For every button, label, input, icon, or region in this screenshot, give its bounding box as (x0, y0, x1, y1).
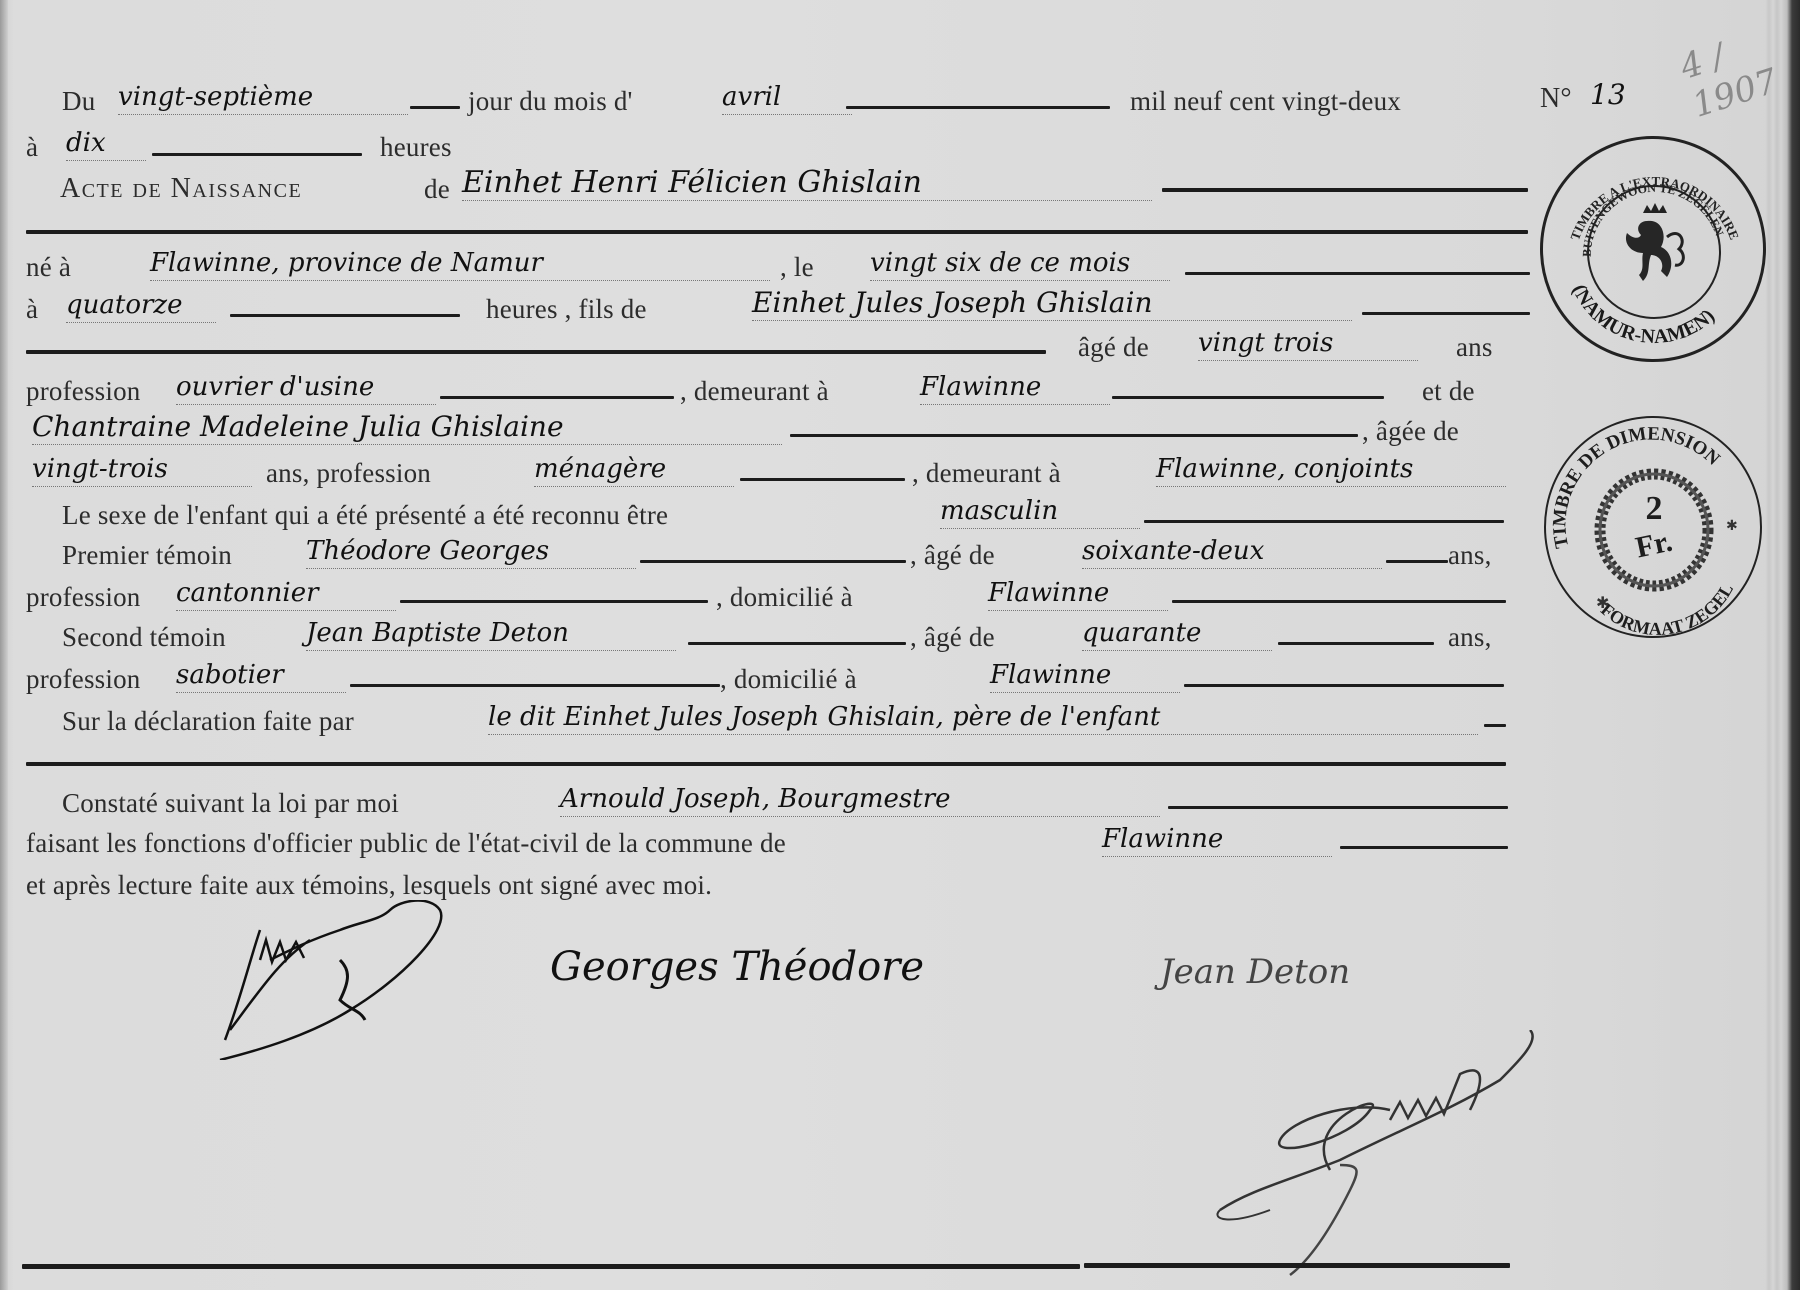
label-premier-temoin: Premier témoin (62, 538, 232, 572)
filler-rule (1172, 600, 1506, 603)
filler-rule (688, 642, 906, 645)
label-ne-a: né à (26, 250, 71, 284)
field-officer: Arnould Joseph, Bourgmestre (560, 782, 1160, 817)
field-mother-age: vingt-trois (32, 452, 252, 487)
label-second-temoin: Second témoin (62, 620, 226, 654)
filler-rule (1168, 806, 1508, 809)
label-demeurant-a: , demeurant à (912, 456, 1061, 490)
seal-text-ring: TIMBRE A L'EXTRAORDINAIRE BUITENGEWOON T… (1543, 139, 1763, 359)
label-profession: profession (26, 662, 140, 696)
seal-dimension-stamp: TIMBRE DE DIMENSION FORMAAT ZEGEL ✱ ✱ 2 … (1544, 416, 1762, 638)
filler-rule (1484, 724, 1506, 727)
field-mother-profession: ménagère (534, 452, 734, 487)
field-declarant: le dit Einhet Jules Joseph Ghislain, pèr… (488, 700, 1478, 735)
field-witness2-age: quarante (1082, 616, 1272, 651)
register-binding (1765, 0, 1800, 1290)
label-profession: profession (26, 580, 140, 614)
field-witness1-residence: Flawinne (988, 576, 1168, 611)
field-sex: masculin (940, 494, 1140, 529)
filler-rule (740, 478, 905, 481)
label-domicilie-a: , domicilié à (716, 580, 853, 614)
filler-rule (230, 314, 460, 317)
label-jour-du-mois: jour du mois d' (468, 84, 633, 118)
filler-rule (640, 560, 906, 563)
field-mother-name: Chantraine Madeleine Julia Ghislaine (32, 410, 782, 445)
label-a: à (26, 292, 38, 326)
field-witness1-name: Théodore Georges (306, 534, 636, 569)
filler-rule (1184, 684, 1504, 687)
field-birth-date: vingt six de ce mois (870, 246, 1170, 281)
field-act-number: 13 (1590, 78, 1626, 112)
filler-rule (400, 600, 708, 603)
page-left-edge (0, 0, 8, 1290)
label-apres-lecture: et après lecture faite aux témoins, lesq… (26, 868, 712, 902)
label-act-number: N° (1540, 82, 1572, 116)
label-du: Du (62, 84, 95, 118)
title-acte-de-naissance: Acte de Naissance (60, 172, 302, 206)
label-le: , le (780, 250, 814, 284)
label-de: de (424, 172, 450, 206)
field-father-residence: Flawinne (920, 370, 1110, 405)
label-domicilie-a: , domicilié à (720, 662, 857, 696)
signature-witness1: Georges Théodore (550, 950, 924, 984)
filler-rule (410, 106, 460, 109)
field-hour: dix (66, 126, 146, 161)
bottom-rule-right (1084, 1263, 1510, 1268)
civil-record-page: Du vingt-septième jour du mois d' avril … (0, 0, 1800, 1290)
field-witness1-age: soixante-deux (1082, 534, 1382, 569)
blank-line-rule (26, 762, 1506, 766)
field-birth-hour: quatorze (66, 288, 216, 323)
label-age-de: , âgé de (910, 620, 995, 654)
label-heures: heures (380, 130, 452, 164)
field-commune: Flawinne (1102, 822, 1332, 857)
filler-rule (1185, 272, 1530, 275)
label-ans: ans, (1448, 620, 1492, 654)
label-et-de: et de (1422, 374, 1475, 408)
signature-officer (1190, 1030, 1570, 1290)
filler-rule (790, 434, 1358, 437)
svg-text:(NAMUR-NAMEN): (NAMUR-NAMEN) (1568, 281, 1719, 348)
label-declaration: Sur la déclaration faite par (62, 704, 354, 738)
svg-text:✱: ✱ (1726, 519, 1738, 534)
filler-rule (152, 153, 362, 156)
lion-icon (1626, 203, 1683, 281)
label-agee-de: , âgée de (1362, 414, 1459, 448)
field-witness2-profession: sabotier (176, 658, 346, 693)
signature-father (200, 900, 520, 1060)
field-witness2-name: Jean Baptiste Deton (306, 616, 676, 651)
seal-extraordinary-stamp: TIMBRE A L'EXTRAORDINAIRE BUITENGEWOON T… (1540, 136, 1766, 362)
label-profession: profession (26, 374, 140, 408)
field-witness2-residence: Flawinne (990, 658, 1180, 693)
field-father-name: Einhet Jules Joseph Ghislain (752, 286, 1352, 321)
filler-rule (1278, 642, 1434, 645)
filler-rule (1112, 396, 1384, 399)
label-ans: ans, (1448, 538, 1492, 572)
field-month: avril (722, 80, 852, 115)
label-constate: Constaté suivant la loi par moi (62, 786, 399, 820)
filler-rule (440, 396, 674, 399)
label-heures-fils-de: heures , fils de (486, 292, 647, 326)
field-birthplace: Flawinne, province de Namur (150, 246, 770, 281)
blank-line-rule (26, 230, 1528, 234)
field-witness1-profession: cantonnier (176, 576, 396, 611)
filler-rule (1162, 188, 1528, 192)
field-father-age: vingt trois (1198, 326, 1418, 361)
filler-rule (846, 106, 1110, 109)
filler-rule (1144, 520, 1504, 523)
filler-rule (26, 350, 1046, 354)
field-father-profession: ouvrier d'usine (176, 370, 436, 405)
label-sexe: Le sexe de l'enfant qui a été présenté a… (62, 498, 668, 532)
label-ans-profession: ans, profession (266, 456, 431, 490)
label-age-de: âgé de (1078, 330, 1149, 364)
label-a: à (26, 130, 38, 164)
label-faisant-fonctions: faisant les fonctions d'officier public … (26, 826, 786, 860)
filler-rule (1340, 846, 1508, 849)
field-day: vingt-septième (118, 80, 408, 115)
filler-rule (350, 684, 720, 687)
filler-rule (1362, 312, 1530, 315)
label-demeurant-a: , demeurant à (680, 374, 829, 408)
field-child-name: Einhet Henri Félicien Ghislain (462, 166, 1152, 201)
filler-rule (1386, 560, 1448, 563)
field-mother-residence: Flawinne, conjoints (1156, 452, 1506, 487)
label-year: mil neuf cent vingt-deux (1130, 84, 1401, 118)
bottom-rule-left (22, 1264, 1080, 1269)
label-ans: ans (1456, 330, 1493, 364)
svg-text:✱: ✱ (1596, 595, 1609, 612)
label-age-de: , âgé de (910, 538, 995, 572)
signature-witness2: Jean Deton (1160, 955, 1350, 989)
